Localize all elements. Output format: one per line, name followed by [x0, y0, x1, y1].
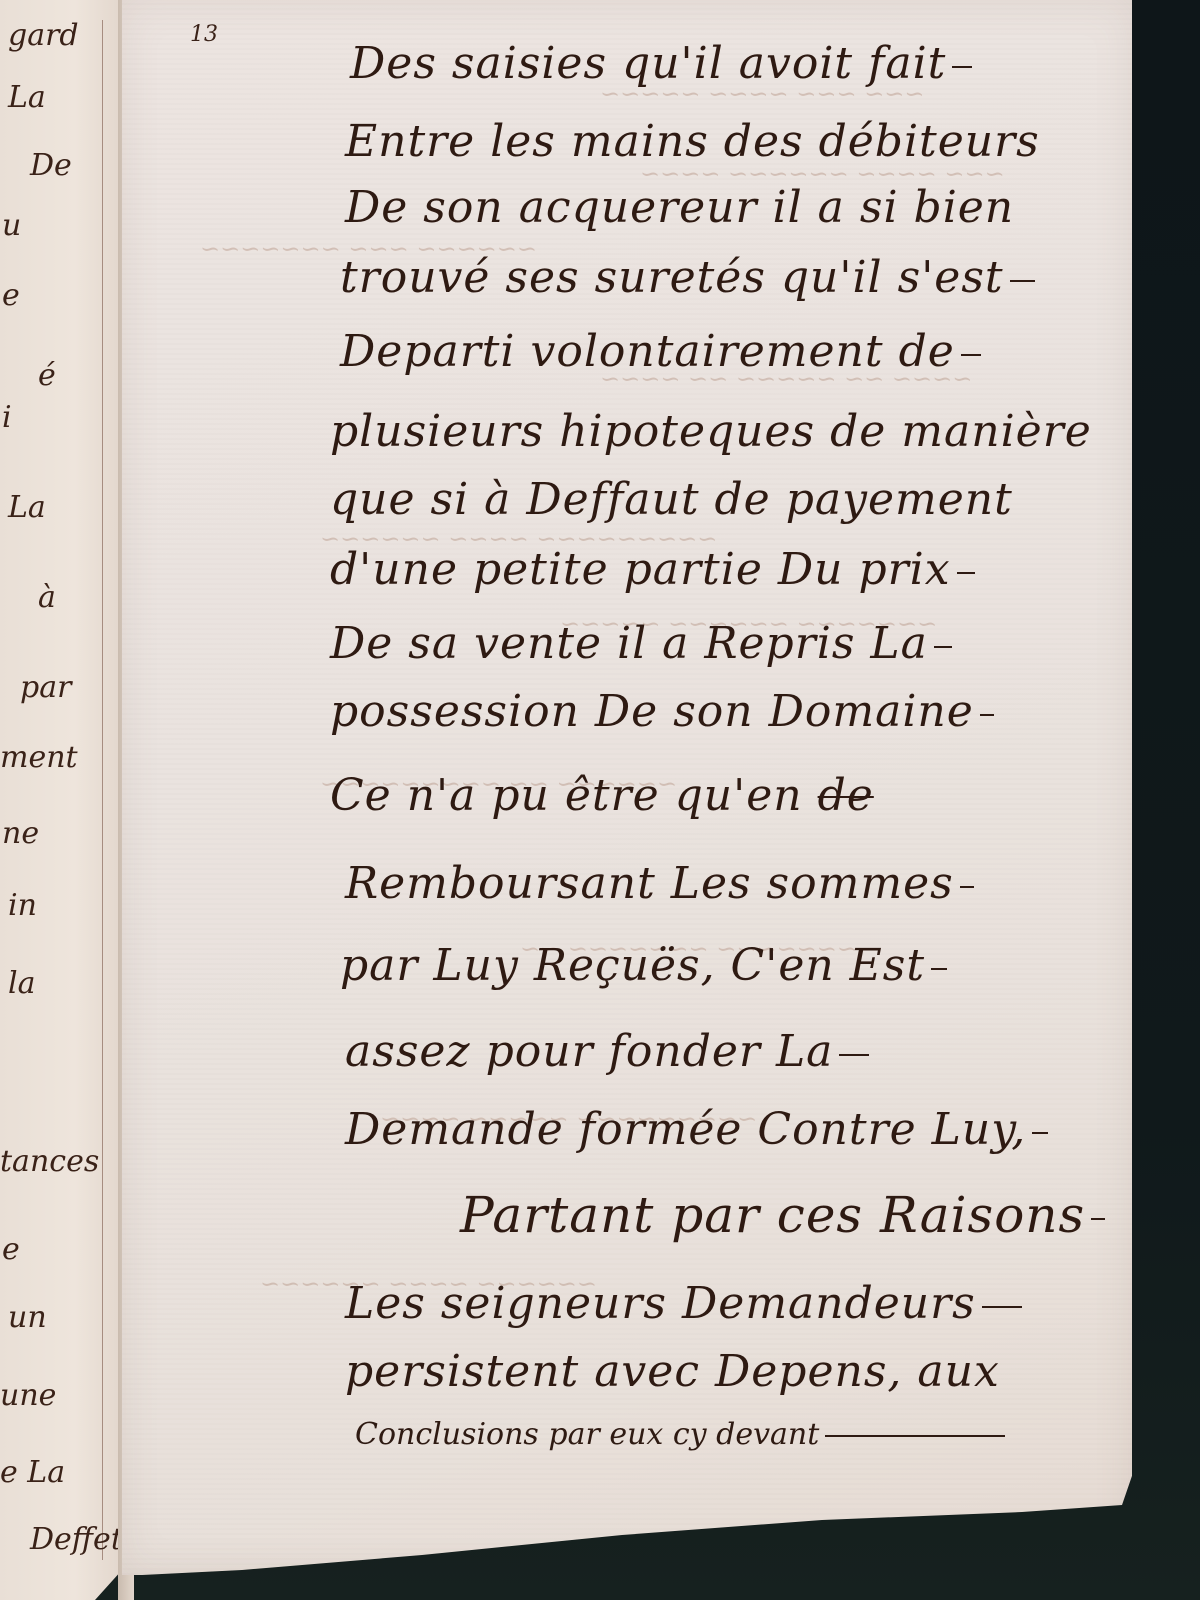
struck-word: de — [818, 770, 874, 821]
page-number: 13 — [190, 22, 218, 47]
manuscript-line: Departi volontairement de — [340, 330, 981, 374]
manuscript-line: Entre les mains des débiteurs — [345, 120, 1040, 164]
manuscript-line: trouvé ses suretés qu'il s'est — [340, 256, 1035, 300]
manuscript-line: assez pour fonder La — [345, 1030, 869, 1074]
manuscript-line: Ce n'a pu être qu'en de — [330, 774, 874, 818]
manuscript-line: Partant par ces Raisons — [460, 1190, 1105, 1240]
manuscript-photo: gard La De u e é i La à par ment ne in l… — [0, 0, 1200, 1600]
manuscript-line: Les seigneurs Demandeurs — [345, 1282, 1022, 1326]
manuscript-line: possession De son Domaine — [330, 690, 994, 734]
manuscript-line: De sa vente il a Repris La — [330, 622, 952, 666]
manuscript-line: Demande formée Contre Luy, — [345, 1108, 1048, 1152]
manuscript-line: par Luy Reçuës, C'en Est — [340, 944, 947, 988]
manuscript-line: que si à Deffaut de payement — [330, 478, 1013, 522]
manuscript-line: d'une petite partie Du prix — [330, 548, 975, 592]
manuscript-line: plusieurs hipoteques de manière — [330, 410, 1092, 454]
manuscript-line: Des saisies qu'il avoit fait — [350, 42, 972, 86]
manuscript-line: Remboursant Les sommes — [345, 862, 974, 906]
manuscript-line: persistent avec Depens, aux — [345, 1350, 1000, 1394]
manuscript-line: De son acquereur il a si bien — [345, 186, 1014, 230]
manuscript-line: Conclusions par eux cy devant — [355, 1420, 1005, 1450]
manuscript-text: ​~~~ ~~~ ~~~~ ~~~~~ ​~~~ ~~~~ ~~~~~~ ~~~… — [0, 0, 1200, 1600]
